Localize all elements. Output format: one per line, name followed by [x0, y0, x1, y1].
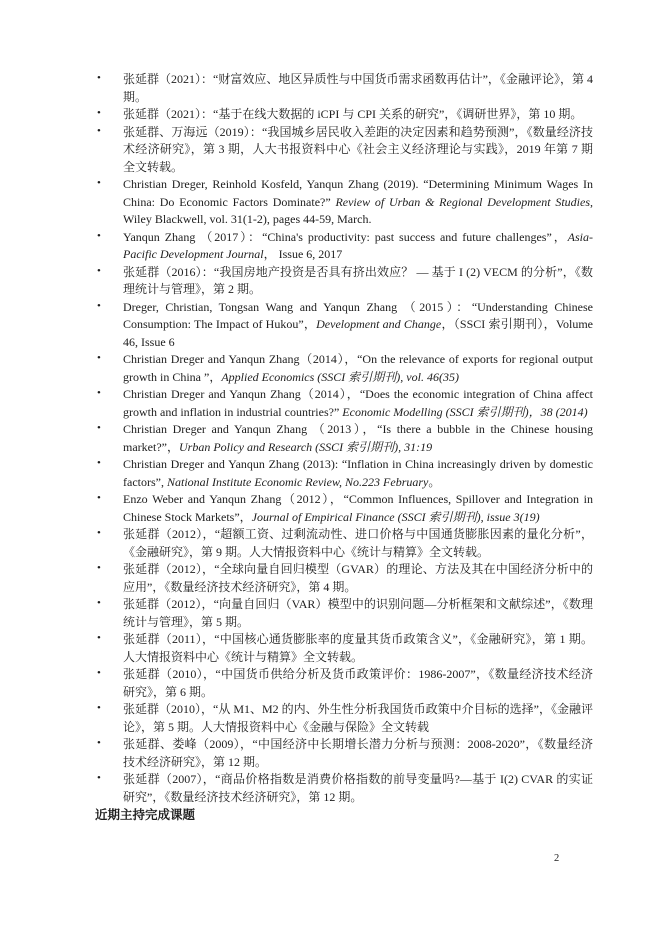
- bullet-icon: •: [97, 525, 101, 543]
- publication-text-run: 。: [428, 475, 440, 489]
- publication-text-run: 张延群（2012），“超额工资、过剩流动性、进口价格与中国通货膨胀因素的量化分析…: [123, 527, 593, 559]
- publication-item: •张延群、娄峰（2009），“中国经济中长期增长潜力分析与预测：2008-202…: [95, 736, 593, 771]
- publication-text-run: Wiley Blackwell, vol. 31(1-2), pages 44-…: [123, 212, 371, 226]
- publication-item: •张延群（2016）：“我国房地产投资是否具有挤出效应？ — 基于 I (2) …: [95, 264, 593, 299]
- bullet-icon: •: [97, 70, 101, 88]
- publication-item: •Yanqun Zhang （2017）：“China's productivi…: [95, 229, 593, 264]
- bullet-icon: •: [97, 385, 101, 403]
- bullet-icon: •: [97, 770, 101, 788]
- publication-item: •Christian Dreger and Yanqun Zhang（2014）…: [95, 386, 593, 421]
- publication-text-run: 张延群（2016）：“我国房地产投资是否具有挤出效应？ — 基于 I (2) V…: [123, 265, 593, 297]
- publication-item: •张延群（2012），“超额工资、过剩流动性、进口价格与中国通货膨胀因素的量化分…: [95, 526, 593, 561]
- publications-section: •张延群（2021）：“财富效应、地区异质性与中国货币需求函数再估计”，《金融评…: [95, 71, 593, 825]
- publication-item: •张延群（2011），“中国核心通货膨胀率的度量其货币政策含义”，《金融研究》，…: [95, 631, 593, 666]
- publication-item: •张延群、万海远（2019）：“我国城乡居民收入差距的决定因素和趋势预测”，《数…: [95, 124, 593, 177]
- bullet-icon: •: [97, 665, 101, 683]
- publication-item: •张延群（2010），“中国货币供给分析及货币政策评价：1986-2007”，《…: [95, 666, 593, 701]
- bullet-icon: •: [97, 420, 101, 438]
- bullet-icon: •: [97, 105, 101, 123]
- publication-text-run: Economic Modelling (SSCI 索引期刊)，38 (2014): [342, 405, 587, 419]
- publication-item: •Christian Dreger and Yanqun Zhang (2013…: [95, 456, 593, 491]
- document-page: •张延群（2021）：“财富效应、地区异质性与中国货币需求函数再估计”，《金融评…: [0, 0, 662, 936]
- bullet-icon: •: [97, 735, 101, 753]
- bullet-icon: •: [97, 455, 101, 473]
- publication-text-run: 张延群（2007），“商品价格指数是消费价格指数的前导变量吗?—基于 I(2) …: [123, 772, 593, 804]
- publication-item: •Christian Dreger and Yanqun Zhang（2014）…: [95, 351, 593, 386]
- publication-item: •Christian Dreger and Yanqun Zhang （2013…: [95, 421, 593, 456]
- publication-text-run: Urban Policy and Research (SSCI 索引期刊), 3…: [179, 440, 432, 454]
- publication-text-run: Journal of Empirical Finance (SSCI 索引期刊)…: [252, 510, 540, 524]
- publication-text-run: ， Issue 6, 2017: [264, 247, 343, 261]
- section-heading: 近期主持完成课题: [95, 807, 593, 825]
- publication-text-run: 张延群（2021）：“财富效应、地区异质性与中国货币需求函数再估计”，《金融评论…: [123, 72, 593, 104]
- bullet-icon: •: [97, 298, 101, 316]
- publication-item: •张延群（2007），“商品价格指数是消费价格指数的前导变量吗?—基于 I(2)…: [95, 771, 593, 806]
- publication-list: •张延群（2021）：“财富效应、地区异质性与中国货币需求函数再估计”，《金融评…: [95, 71, 593, 806]
- bullet-icon: •: [97, 595, 101, 613]
- publication-text-run: 张延群、娄峰（2009），“中国经济中长期增长潜力分析与预测：2008-2020…: [123, 737, 593, 769]
- publication-text-run: Review of Urban & Regional Development S…: [335, 195, 593, 209]
- bullet-icon: •: [97, 350, 101, 368]
- publication-text-run: Applied Economics (SSCI 索引期刊), vol. 46(3…: [221, 370, 459, 384]
- publication-text-run: Development and Change: [316, 317, 441, 331]
- publication-text-run: National Institute Economic Review, No.2…: [167, 475, 428, 489]
- bullet-icon: •: [97, 560, 101, 578]
- publication-item: •张延群（2010），“从 M1、M2 的内、外生性分析我国货币政策中介目标的选…: [95, 701, 593, 736]
- page-number: 2: [554, 852, 559, 866]
- publication-text-run: 张延群（2012），“向量自回归（VAR）模型中的识别问题—分析框架和文献综述”…: [123, 597, 593, 629]
- publication-item: •张延群（2012），“全球向量自回归模型（GVAR）的理论、方法及其在中国经济…: [95, 561, 593, 596]
- bullet-icon: •: [97, 263, 101, 281]
- bullet-icon: •: [97, 700, 101, 718]
- publication-text-run: 张延群（2012），“全球向量自回归模型（GVAR）的理论、方法及其在中国经济分…: [123, 562, 593, 594]
- publication-text-run: Yanqun Zhang （2017）：“China's productivit…: [123, 230, 568, 244]
- publication-text-run: 张延群（2010），“从 M1、M2 的内、外生性分析我国货币政策中介目标的选择…: [123, 702, 593, 734]
- publication-text-run: 张延群（2021）：“基于在线大数据的 iCPI 与 CPI 关系的研究”，《调…: [123, 107, 582, 121]
- publication-item: •Enzo Weber and Yanqun Zhang（2012），“Comm…: [95, 491, 593, 526]
- publication-item: •Dreger, Christian, Tongsan Wang and Yan…: [95, 299, 593, 352]
- bullet-icon: •: [97, 123, 101, 141]
- publication-item: •张延群（2021）：“财富效应、地区异质性与中国货币需求函数再估计”，《金融评…: [95, 71, 593, 106]
- publication-item: •张延群（2012），“向量自回归（VAR）模型中的识别问题—分析框架和文献综述…: [95, 596, 593, 631]
- publication-text-run: 张延群（2010），“中国货币供给分析及货币政策评价：1986-2007”，《数…: [123, 667, 593, 699]
- publication-text-run: 张延群（2011），“中国核心通货膨胀率的度量其货币政策含义”，《金融研究》，第…: [123, 632, 593, 664]
- bullet-icon: •: [97, 630, 101, 648]
- publication-item: •张延群（2021）：“基于在线大数据的 iCPI 与 CPI 关系的研究”，《…: [95, 106, 593, 124]
- publication-text-run: 张延群、万海远（2019）：“我国城乡居民收入差距的决定因素和趋势预测”，《数量…: [123, 125, 593, 174]
- publication-item: •Christian Dreger, Reinhold Kosfeld, Yan…: [95, 176, 593, 229]
- bullet-icon: •: [97, 228, 101, 246]
- bullet-icon: •: [97, 490, 101, 508]
- bullet-icon: •: [97, 175, 101, 193]
